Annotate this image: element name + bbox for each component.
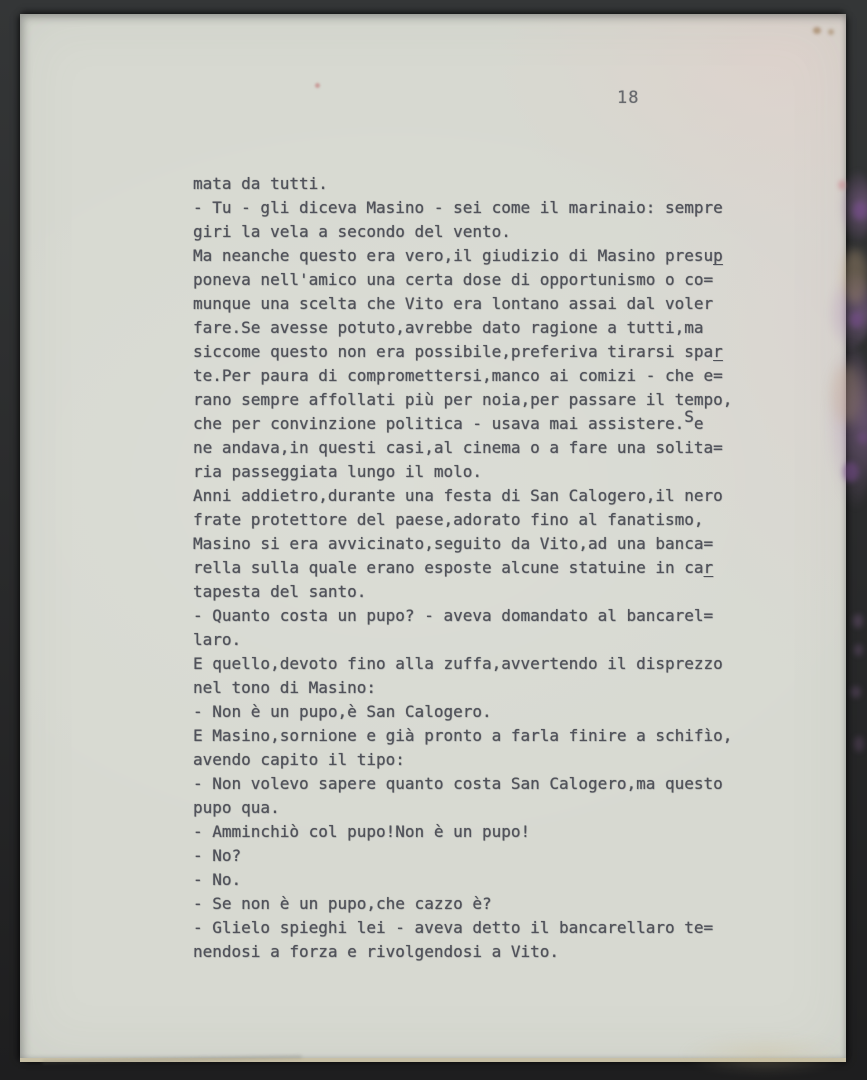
tan-stain [842,249,867,304]
text-line: E quello,devoto fino alla zuffa,avverten… [193,652,753,676]
text-line: - Non è un pupo,è San Calogero. [193,700,753,724]
text-line: poneva nell'amico una certa dose di oppo… [193,268,753,292]
text-line: E Masino,sornione e già pronto a farla f… [193,724,753,748]
text-line: nel tono di Masino: [193,676,753,700]
text-line: fare.Se avesse potuto,avrebbe dato ragio… [193,316,753,340]
text-line: Masino si era avvicinato,seguito da Vito… [193,532,753,556]
tan-stain [680,1034,850,1074]
document-page: 18 mata da tutti.- Tu - gli diceva Masin… [20,14,846,1062]
text-line: rano sempre affollati più per noia,per p… [193,388,753,412]
red-speck [315,83,320,88]
text-line: - Quanto costa un pupo? - aveva domandat… [193,604,753,628]
text-line: ria passeggiata lungo il molo. [193,460,753,484]
typewritten-text-block: mata da tutti.- Tu - gli diceva Masino -… [193,172,753,964]
text-line: - No? [193,844,753,868]
stain-speck [854,736,864,752]
text-line: munque una scelta che Vito era lontano a… [193,292,753,316]
text-line: - Non volevo sapere quanto costa San Cal… [193,772,753,796]
scan-background: 18 mata da tutti.- Tu - gli diceva Masin… [0,0,867,1080]
text-line: laro. [193,628,753,652]
text-line: pupo qua. [193,796,753,820]
pink-speck [838,180,846,190]
text-line: - Glielo spieghi lei - aveva detto il ba… [193,916,753,940]
text-line: frate protettore del paese,adorato fino … [193,508,753,532]
text-line: nendosi a forza e rivolgendosi a Vito. [193,940,753,964]
paper-crease [42,1055,302,1063]
ink-stain-purple [824,344,867,514]
text-line: rella sulla quale erano esposte alcune s… [193,556,753,580]
stain-speck [853,614,863,628]
ink-stain-purple-dot [843,462,859,482]
text-line: avendo capito il tipo: [193,748,753,772]
stain-speck [851,686,861,698]
text-line: te.Per paura di compromettersi,manco ai … [193,364,753,388]
text-line: - Tu - gli diceva Masino - sei come il m… [193,196,753,220]
tan-stain [832,364,862,424]
text-line: Anni addietro,durante una festa di San C… [193,484,753,508]
text-line: - No. [193,868,753,892]
brown-speck [813,27,821,34]
text-line: Ma neanche questo era vero,il giudizio d… [193,244,753,268]
ink-stain-purple-dot [858,432,867,444]
text-line: ne andava,in questi casi,al cinema o a f… [193,436,753,460]
ink-stain-purple [838,169,867,244]
stain-speck [854,644,863,656]
text-line: che per convinzione politica - usava mai… [193,412,753,436]
ink-stain-purple [826,269,867,349]
page-number: 18 [617,88,639,108]
brown-speck [828,29,834,35]
text-line: - Se non è un pupo,che cazzo è? [193,892,753,916]
text-line: siccome questo non era possibile,preferi… [193,340,753,364]
text-line: - Amminchiò col pupo!Non è un pupo! [193,820,753,844]
ink-stain-purple-dot [853,202,867,220]
ink-stain-purple-dot [850,312,863,328]
text-line: tapesta del santo. [193,580,753,604]
text-line: mata da tutti. [193,172,753,196]
text-line: giri la vela a secondo del vento. [193,220,753,244]
